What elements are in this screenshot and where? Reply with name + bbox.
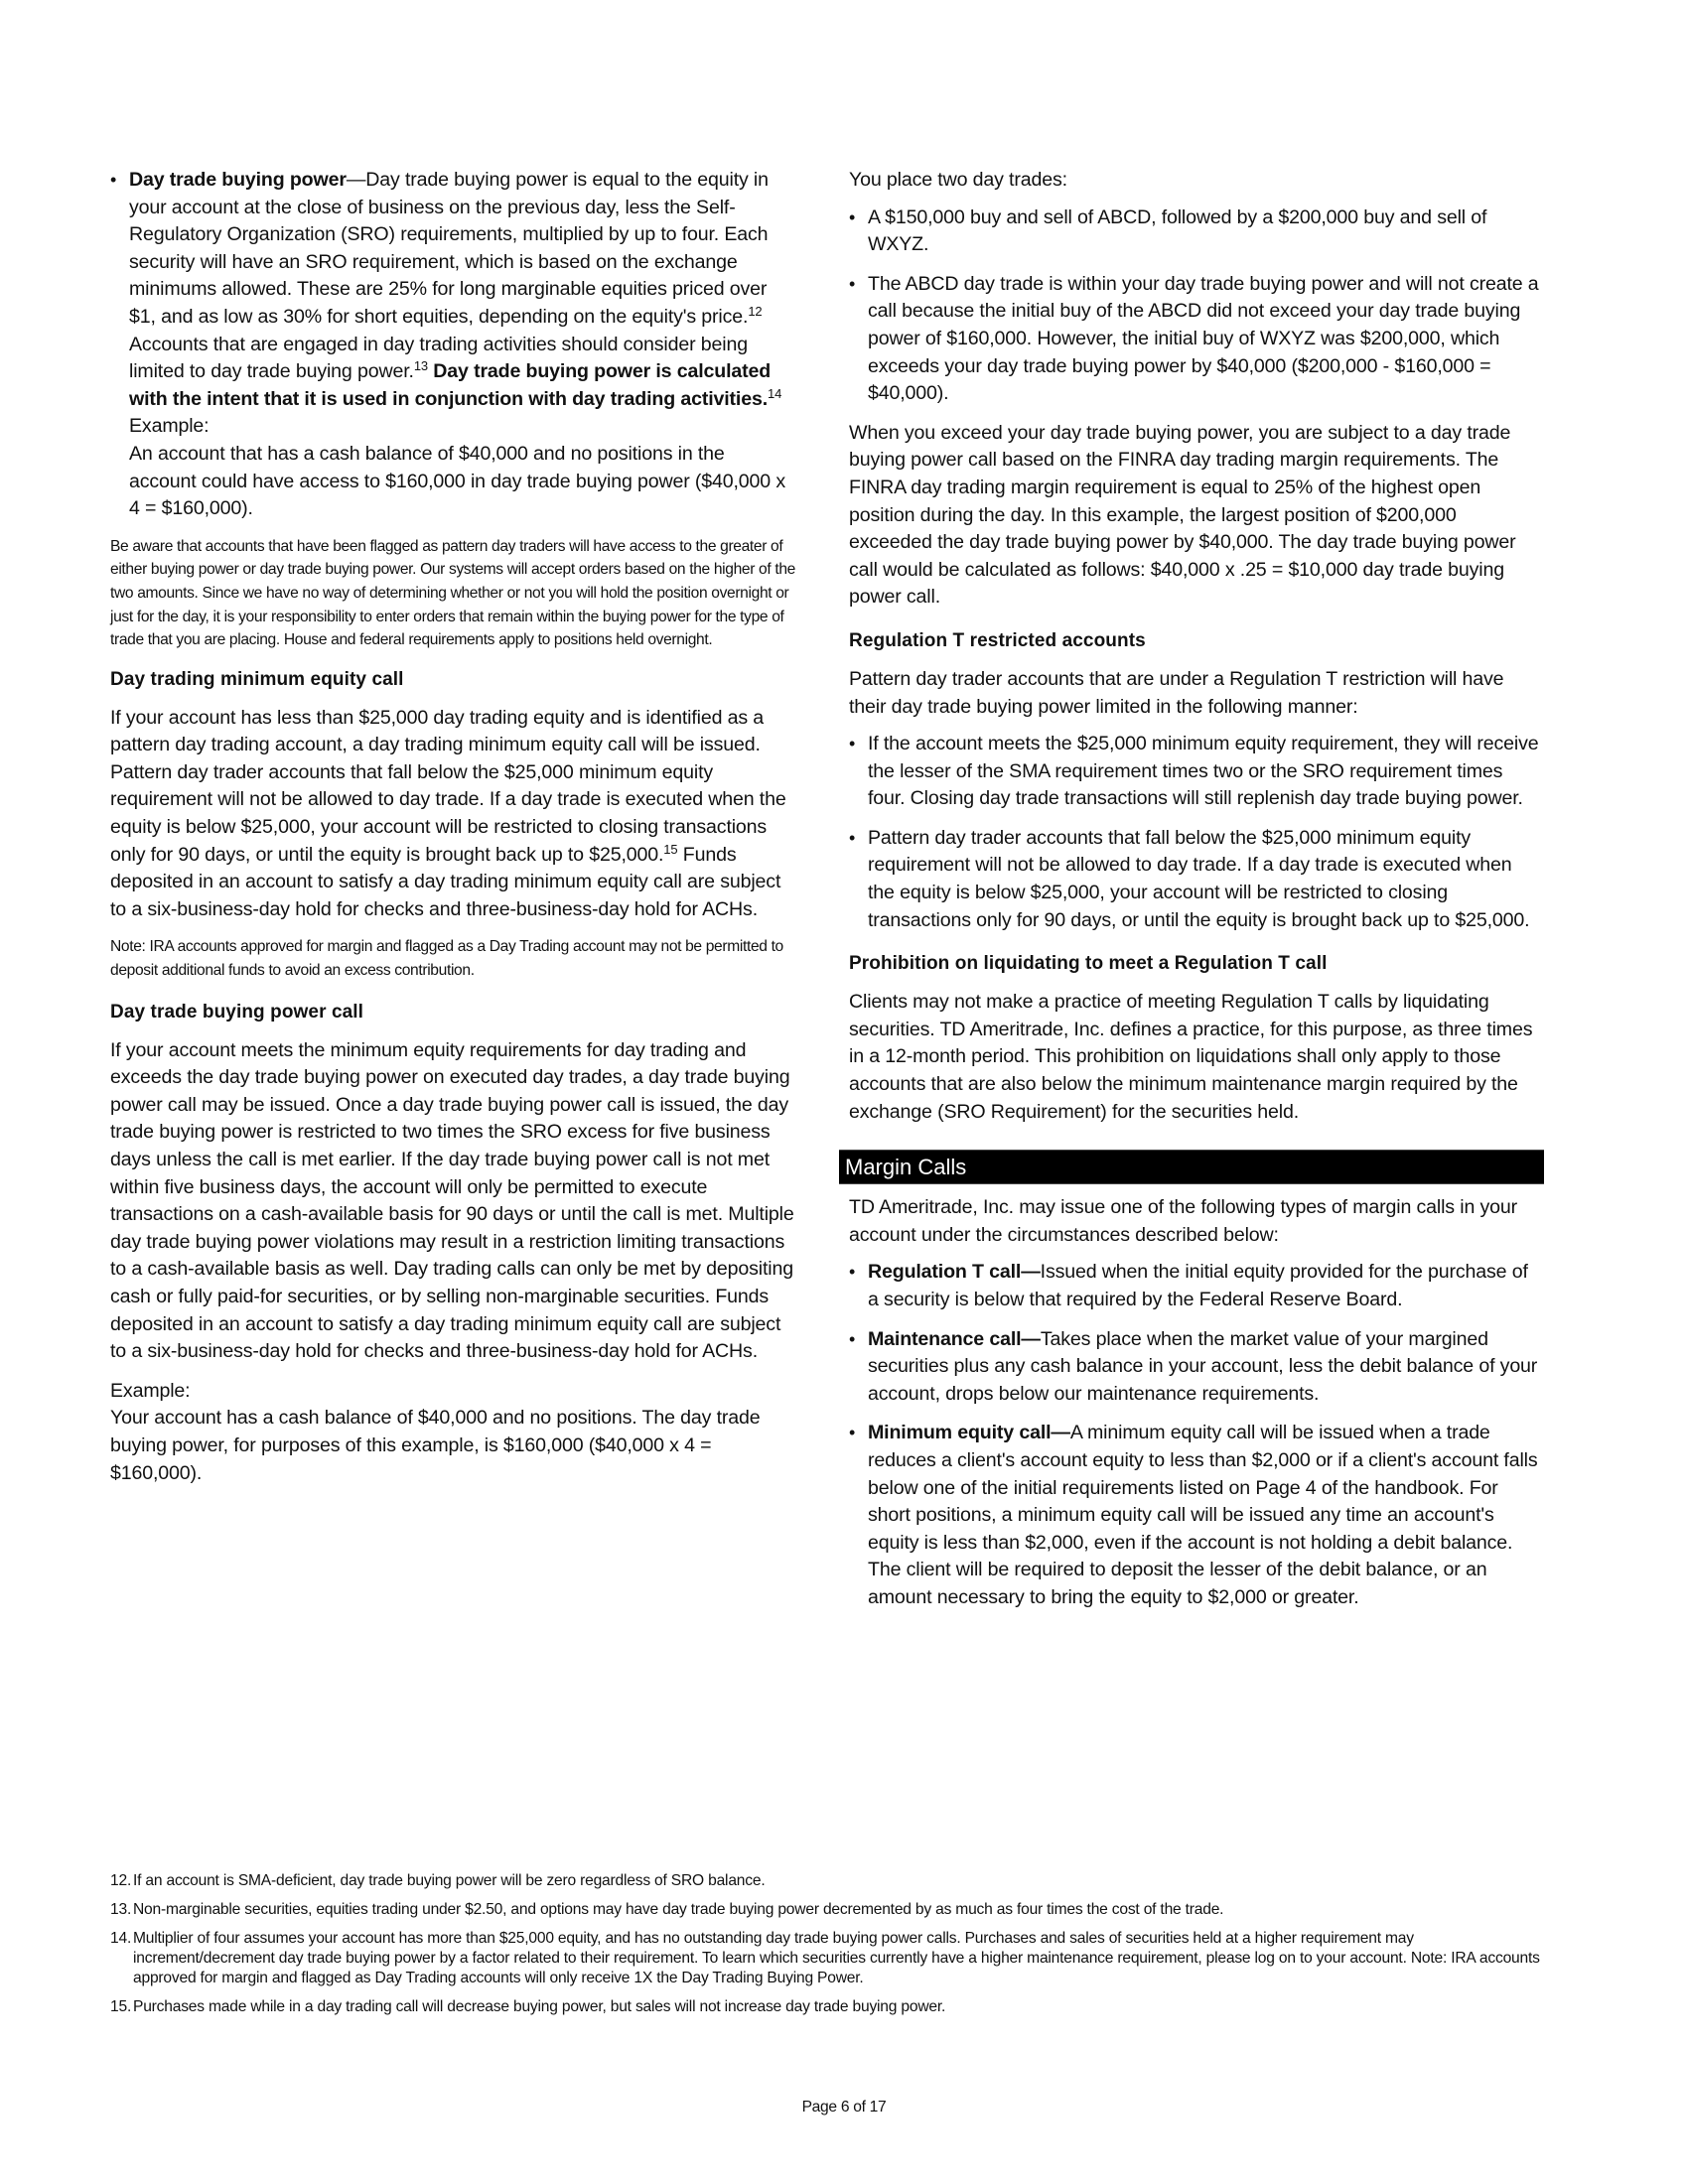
reg-t-restricted-intro: Pattern day trader accounts that are und… [849, 666, 1539, 721]
reg-t-restricted-heading: Regulation T restricted accounts [849, 627, 1539, 654]
dtbp-call-text: If your account meets the minimum equity… [110, 1037, 795, 1366]
footnote-13: 13.Non-marginable securities, equities t… [110, 1900, 1540, 1920]
minimum-equity-call-item: Minimum equity call—A minimum equity cal… [849, 1420, 1539, 1611]
dtbp-call-heading: Day trade buying power call [110, 999, 795, 1025]
right-column: You place two day trades: A $150,000 buy… [849, 167, 1539, 1612]
left-column: Day trade buying power—Day trade buying … [110, 167, 795, 1487]
footnote-ref-12[interactable]: 12 [748, 304, 762, 319]
page-number: Page 6 of 17 [0, 2099, 1688, 2116]
trades-intro: You place two day trades: [849, 167, 1539, 195]
dtbp-example: An account that has a cash balance of $4… [129, 443, 785, 519]
be-aware-note: Be aware that accounts that have been fl… [110, 535, 795, 652]
margin-calls-intro: TD Ameritrade, Inc. may issue one of the… [849, 1194, 1539, 1249]
footnote-ref-13[interactable]: 13 [414, 358, 428, 373]
reg-t-call-item: Regulation T call—Issued when the initia… [849, 1259, 1539, 1313]
trades-bullet-2: The ABCD day trade is within your day tr… [849, 271, 1539, 408]
footnote-ref-15[interactable]: 15 [663, 842, 677, 857]
dtbp-bullet: Day trade buying power—Day trade buying … [110, 167, 795, 523]
maintenance-call-item: Maintenance call—Takes place when the ma… [849, 1326, 1539, 1409]
prohibition-heading: Prohibition on liquidating to meet a Reg… [849, 950, 1539, 977]
dtbp-call-example: Example:Your account has a cash balance … [110, 1378, 795, 1487]
footnotes: 12.If an account is SMA-deficient, day t… [110, 1871, 1540, 2026]
footnote-ref-14[interactable]: 14 [768, 386, 781, 401]
dtbp-term: Day trade buying power [129, 169, 347, 191]
trades-bullet-1: A $150,000 buy and sell of ABCD, followe… [849, 205, 1539, 259]
reg-t-bullet-1: If the account meets the $25,000 minimum… [849, 731, 1539, 813]
margin-calls-section-header: Margin Calls [839, 1150, 1544, 1184]
reg-t-bullet-2: Pattern day trader accounts that fall be… [849, 825, 1539, 934]
min-equity-call-text: If your account has less than $25,000 da… [110, 705, 795, 924]
dtbp-text: Day trade buying power is equal to the e… [129, 169, 769, 328]
footnote-14: 14.Multiplier of four assumes your accou… [110, 1929, 1540, 1988]
exceed-text: When you exceed your day trade buying po… [849, 420, 1539, 612]
ira-note: Note: IRA accounts approved for margin a… [110, 935, 795, 982]
footnote-15: 15.Purchases made while in a day trading… [110, 1997, 1540, 2017]
footnote-12: 12.If an account is SMA-deficient, day t… [110, 1871, 1540, 1891]
min-equity-call-heading: Day trading minimum equity call [110, 666, 795, 693]
prohibition-text: Clients may not make a practice of meeti… [849, 989, 1539, 1126]
